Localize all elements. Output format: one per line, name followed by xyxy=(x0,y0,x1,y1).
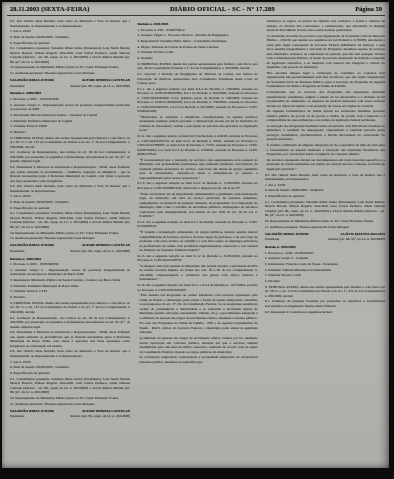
decision-number: Decisão n. 3389/2003 xyxy=(10,91,130,96)
decision-number: Decisão n. 3390/2003 xyxy=(10,257,130,262)
paragraph: 6.2. Determinar à Diretoria de Denúncias… xyxy=(10,330,130,348)
paragraph: 8. Data da Sessão: 29/09/2003 - Ordinári… xyxy=(10,35,130,40)
quoted-prejulgado: É vedada a utilização de empresa interpo… xyxy=(265,143,385,157)
paragraph: 4. Órgão: Tribunal de Contas do Estado d… xyxy=(137,45,257,50)
paragraph: 1. Processo n. CON - 03/06229327 xyxy=(265,251,385,256)
paragraph: 2. Assunto: Grupo 2 - Representação acer… xyxy=(10,268,130,277)
paragraph: 6.1.1. dar a seguinte redação aos itens … xyxy=(137,87,257,114)
signature-roles: PresidenteRelator (art. 86, caput, da LC… xyxy=(10,84,130,89)
paragraph: 2. Assunto: Grupo 2 - Consulta xyxy=(265,256,385,261)
paragraph: 6.1. Conhecer da Representação, nos term… xyxy=(10,150,130,164)
paragraph: 9.1. Conselheiros presentes: Salomão Rib… xyxy=(10,211,130,229)
signature-roles: PresidenteRelator (art. 86, caput, da LC… xyxy=(10,249,130,254)
paragraph: 7. Ata n. 43/03 xyxy=(10,194,130,199)
paragraph: 10. Representante do Ministério Público … xyxy=(10,396,130,401)
paragraph: 6.2. Dar ciência desta Decisão, bem como… xyxy=(265,173,385,182)
column-right: estabeleça as regras: os prazos de vigên… xyxy=(265,19,385,460)
header-title: DIÁRIO OFICIAL - SC - Nº 17.289 xyxy=(170,6,275,13)
signature-names: SALOMÃO RIBAS JUNIORALTAIR DEBONA CASTEL… xyxy=(10,243,130,248)
paragraph: 3. Responsável: Salomão Ribas Junior - C… xyxy=(137,39,257,44)
decision-number: Decisão n. 3391/2003 xyxy=(137,22,257,27)
paragraph: 3. Informante: Dirceu Gilson dos Santos … xyxy=(10,113,130,118)
quoted-prejulgado: “É recomendável que a prestação de servi… xyxy=(137,158,257,181)
paragraph: 3. Interessado: Francisco Luiz de Sousa … xyxy=(265,262,385,267)
paragraph: 6.1.6. dar a seguinte redação aos itens … xyxy=(137,283,257,292)
paragraph: 8. Data da Sessão: 29/09/2003 - Ordinári… xyxy=(10,200,130,205)
paragraph: 6.2. Responder à Consulta nos seguintes … xyxy=(265,310,385,315)
paragraph: 9.1. Conselheiros presentes: Salomão Rib… xyxy=(10,377,130,395)
quoted-prejulgado: Os Agentes Comunitários de Saúde devem s… xyxy=(265,109,385,123)
quoted-prejulgado: “É vedada a acumulação remunerada de car… xyxy=(137,230,257,253)
quoted-prejulgado: a) admissão de pessoal em cargos de prov… xyxy=(137,336,257,354)
paragraph: 6.3. Dar ciência desta Decisão, bem como… xyxy=(10,184,130,193)
paragraph: 6.1. Aprovar a Revisão de Prejulgados do… xyxy=(137,72,257,86)
quoted-prejulgado: Não encontra amparo legal a celebração d… xyxy=(265,71,385,89)
quoted-prejulgado: c) celebração de termo de parceria com O… xyxy=(265,34,385,70)
decision-number: Decisão n. 3392/2003 xyxy=(265,245,385,250)
paragraph: 9.1. Conselheiros presentes: Salomão Rib… xyxy=(10,46,130,64)
paragraph: 5. Unidade Técnica: COG xyxy=(137,50,257,55)
gazette-page: 28.11.2003 (SEXTA-FEIRA) DIÁRIO OFICIAL … xyxy=(2,2,389,468)
paragraph: 11. Auditores presentes: Thereza Apparec… xyxy=(10,236,130,241)
paragraph: O TRIBUNAL PLENO, diante das razões apre… xyxy=(10,301,130,315)
paragraph: 6. Decisão: xyxy=(137,56,257,61)
paragraph: 4. Entidade: Prefeitura Municipal de Bar… xyxy=(10,284,130,289)
paragraph: O TRIBUNAL PLENO, diante das razões apre… xyxy=(137,62,257,71)
column-center: Decisão n. 3391/20031. Processo n. PDI -… xyxy=(137,19,257,460)
paragraph: 6.5. Dar ciência desta Decisão, bem como… xyxy=(10,19,130,28)
header-date: 28.11.2003 (SEXTA-FEIRA) xyxy=(10,6,90,13)
paragraph: 9. Especificação do quórum: xyxy=(265,194,385,199)
paragraph: 6.1.4. dar a seguinte redação ao item 6.… xyxy=(137,220,257,229)
paragraph: 6.2. Determinar à Diretoria de Denúncias… xyxy=(10,165,130,183)
paragraph: 6.1.3. dar a seguinte redação ao item 6.… xyxy=(137,181,257,190)
paragraph: 10. Representante do Ministério Público … xyxy=(10,231,130,236)
signature-names: SALOMÃO RIBAS JUNIORALTAIR DEBONA CASTEL… xyxy=(10,409,130,414)
paragraph: 7. Ata n. 43/03 xyxy=(10,29,130,34)
paragraph: 3. Interessado: Ministério Público de Sa… xyxy=(10,278,130,283)
quoted-prejulgado: “Para atender aos Programas de caráter t… xyxy=(137,293,257,320)
paragraph: 2. Assunto: Grupo 2 - Representação acer… xyxy=(10,103,130,112)
paragraph: 9. Especificação do quórum: xyxy=(10,41,130,46)
footer-mark: - 2 - xyxy=(100,461,106,465)
paragraph: 9. Especificação do quórum: xyxy=(10,371,130,376)
quoted-prejulgado: “Pode caracterizar ato de improbidade ad… xyxy=(137,192,257,219)
paragraph: 9.1. Conselheiros presentes: Salomão Rib… xyxy=(265,200,385,218)
quoted-prejulgado: A execução dos Programas mediante termo … xyxy=(265,124,385,142)
paragraph: 10. Representante do Ministério Público … xyxy=(265,219,385,224)
quoted-prejulgado: Considerando que os recursos dos Program… xyxy=(265,90,385,108)
paragraph: 8. Data da Sessão: 29/09/2003 - Ordinári… xyxy=(265,188,385,193)
paragraph: 1. Processo n. RPC - 03/03301636 xyxy=(10,97,130,102)
signature-names: SALOMÃO RIBAS JUNIORALTAIR DEBONA CASTEL… xyxy=(10,78,130,83)
paragraph: 9. Especificação do quórum: xyxy=(10,206,130,211)
quoted-prejulgado: “A despesa total com pessoal do Municípi… xyxy=(137,264,257,282)
quoted-prejulgado: “Observadas as vedações e exigências con… xyxy=(137,115,257,133)
paragraph: 2. Assunto: Órgão 1 - Processo Diverso -… xyxy=(137,33,257,38)
quoted-prejulgado: No caso dos Programas de Saúde da Famíli… xyxy=(137,321,257,335)
paragraph: 4. Entidade: Câmara Municipal de Guarami… xyxy=(265,268,385,273)
paragraph: 11. Auditores presentes: Thereza Apparec… xyxy=(10,402,130,407)
paragraph: 10. Representante do Ministério Público … xyxy=(10,65,130,70)
paragraph: 6.1.2. dar a seguinte redação ao item 6.… xyxy=(137,134,257,157)
paragraph: 1. Processo n. RPC - 03/05300359 xyxy=(10,262,130,267)
paragraph: 4. Entidade: Prefeitura Municipal da Cap… xyxy=(10,119,130,124)
page-header: 28.11.2003 (SEXTA-FEIRA) DIÁRIO OFICIAL … xyxy=(2,2,389,15)
paragraph: 6. Decisão: xyxy=(10,130,130,135)
quoted-prejulgado: estabeleça as regras: os prazos de vigên… xyxy=(265,19,385,33)
paragraph: 6.1.5. dar a seguinte redação ao item 6.… xyxy=(137,254,257,263)
paragraph: 6.1. Conhecer da presente Consulta por p… xyxy=(265,299,385,308)
paragraph: 5. Unidade Técnica: COG xyxy=(265,273,385,278)
paragraph: 11. Auditores presentes: Thereza Apparec… xyxy=(10,71,130,76)
paragraph: 8. Data da Sessão: 29/09/2003 - Ordinári… xyxy=(10,365,130,370)
paragraph: O TRIBUNAL PLENO, diante das razões apre… xyxy=(10,136,130,150)
quoted-prejulgado: Os recursos repassados devem ser movimen… xyxy=(265,158,385,172)
paragraph: 7. Ata n. 43/03 xyxy=(10,360,130,365)
paragraph: 1. Processo n. PDI - 03/06553612 xyxy=(137,28,257,33)
quoted-prejulgado: b) contratação temporária, caracterizada… xyxy=(137,355,257,364)
paragraph: 6.3. Dar ciência desta Decisão, bem como… xyxy=(10,349,130,358)
paragraph: 7. Ata n. 43/03 xyxy=(265,183,385,188)
paragraph: 5. Unidade Técnica: CTEI xyxy=(10,289,130,294)
paragraph: 6. Decisão: xyxy=(10,295,130,300)
paragraph: 5. Unidade Técnica: DMU xyxy=(10,124,130,129)
paragraph: O TRIBUNAL PLENO, diante das razões apre… xyxy=(265,285,385,299)
signature-roles: PresidenteRelator (art. 86, caput, da LC… xyxy=(10,414,130,419)
signature-roles: PresidenteRelator (art. 86, §2º, da LC n… xyxy=(265,237,385,242)
paragraph: 6.1. Conhecer da Representação, nos term… xyxy=(10,316,130,330)
text-columns: 6.5. Dar ciência desta Decisão, bem como… xyxy=(2,16,389,460)
paragraph: 6. Decisão: xyxy=(265,279,385,284)
signature-names: SALOMÃO RIBAS JUNIORCLÓVIS MATTOS BALSIN… xyxy=(265,232,385,237)
header-page-number: Página 59 xyxy=(355,6,382,13)
paragraph: 11. Auditores presentes: Thereza Apparec… xyxy=(265,225,385,230)
column-left: 6.5. Dar ciência desta Decisão, bem como… xyxy=(10,19,130,460)
